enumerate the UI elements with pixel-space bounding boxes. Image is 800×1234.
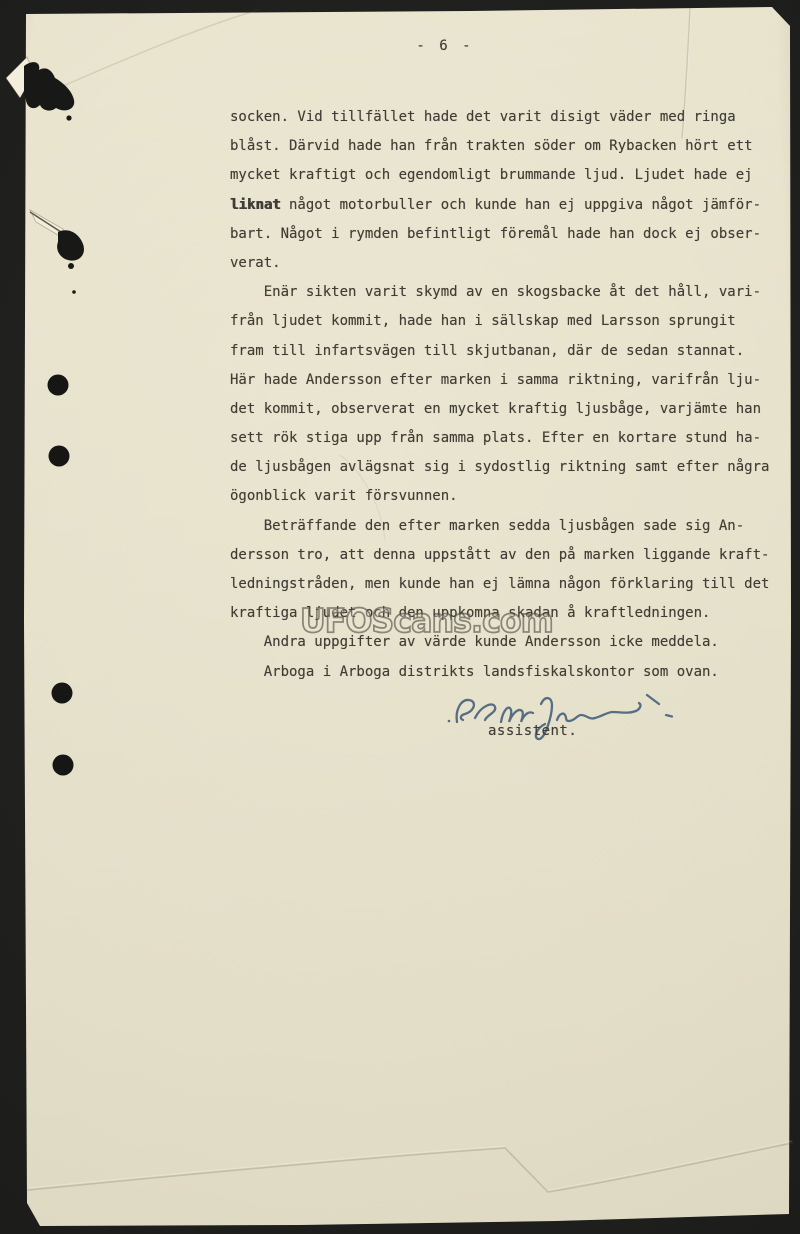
typed-line: Här hade Andersson efter marken i samma …: [230, 366, 778, 395]
typed-line: bart. Något i rymden befintligt föremål …: [230, 220, 778, 249]
typed-line: Beträffande den efter marken sedda ljusb…: [230, 512, 778, 541]
typed-text: Beträffande den efter marken sedda ljusb…: [230, 518, 744, 534]
signoff-label: assistent.: [488, 723, 577, 739]
typed-text: Här hade Andersson efter marken i samma …: [230, 372, 761, 388]
typed-line: ledningstråden, men kunde han ej lämna n…: [230, 570, 778, 599]
typed-line: sett rök stiga upp från samma plats. Eft…: [230, 424, 778, 453]
typed-line: liknat något motorbuller och kunde han e…: [230, 191, 778, 220]
typed-text: fram till infartsvägen till skjutbanan, …: [230, 343, 744, 359]
typed-text: ledningstråden, men kunde han ej lämna n…: [230, 576, 769, 592]
typed-text: sett rök stiga upp från samma plats. Eft…: [230, 430, 761, 446]
typed-lines: socken. Vid tillfället hade det varit di…: [230, 103, 778, 687]
typed-text: Arboga i Arboga distrikts landsfiskalsko…: [230, 664, 719, 680]
typed-line: blåst. Därvid hade han från trakten söde…: [230, 132, 778, 161]
watermark-text: UFOScans.com: [300, 601, 511, 640]
typed-text: dersson tro, att denna uppstått av den p…: [230, 547, 769, 563]
typed-text: verat.: [230, 255, 281, 271]
typed-text: socken. Vid tillfället hade det varit di…: [230, 109, 736, 125]
typed-line: socken. Vid tillfället hade det varit di…: [230, 103, 778, 132]
bold-word: liknat: [230, 197, 281, 213]
typed-text: något motorbuller och kunde han ej uppgi…: [281, 197, 761, 213]
typed-line: Enär sikten varit skymd av en skogsbacke…: [230, 278, 778, 307]
typed-line: det kommit, observerat en mycket kraftig…: [230, 395, 778, 424]
typed-line: fram till infartsvägen till skjutbanan, …: [230, 337, 778, 366]
typed-text: bart. Något i rymden befintligt föremål …: [230, 226, 761, 242]
typed-text: ögonblick varit försvunnen.: [230, 488, 458, 504]
typed-text: Enär sikten varit skymd av en skogsbacke…: [230, 284, 761, 300]
typed-line: verat.: [230, 249, 778, 278]
typed-text: det kommit, observerat en mycket kraftig…: [230, 401, 761, 417]
page-number: - 6 -: [405, 38, 485, 54]
typed-text: blåst. Därvid hade han från trakten söde…: [230, 138, 753, 154]
typed-text: de ljusbågen avlägsnat sig i sydostlig r…: [230, 459, 769, 475]
typed-line: de ljusbågen avlägsnat sig i sydostlig r…: [230, 453, 778, 482]
typed-line: mycket kraftigt och egendomligt brummand…: [230, 161, 778, 190]
typed-text: från ljudet kommit, hade han i sällskap …: [230, 313, 736, 329]
typed-line: dersson tro, att denna uppstått av den p…: [230, 541, 778, 570]
typed-line: från ljudet kommit, hade han i sällskap …: [230, 307, 778, 336]
typed-text: mycket kraftigt och egendomligt brummand…: [230, 167, 753, 183]
typed-line: Arboga i Arboga distrikts landsfiskalsko…: [230, 658, 778, 687]
typed-line: ögonblick varit försvunnen.: [230, 482, 778, 511]
scanned-document-photo: - 6 - socken. Vid tillfället hade det va…: [0, 0, 800, 1234]
